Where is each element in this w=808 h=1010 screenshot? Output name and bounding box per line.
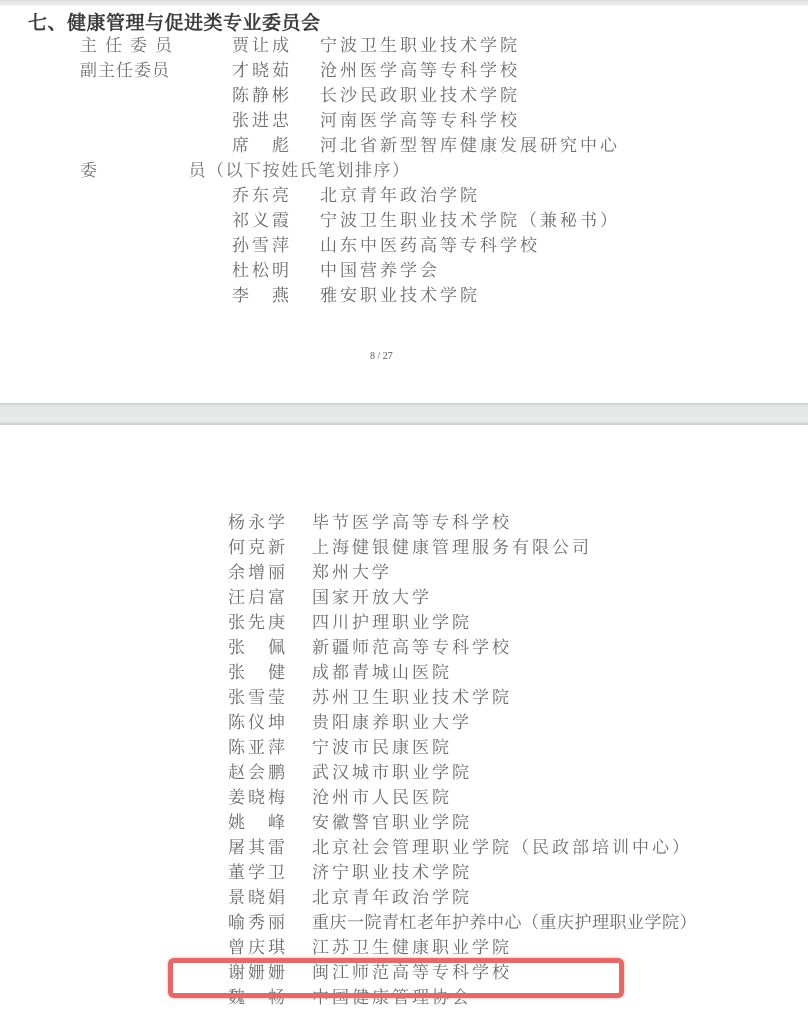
section-title: 七、健康管理与促进类专业委员会 — [28, 8, 321, 35]
member-name: 杨永学 — [228, 511, 298, 536]
member-org: 毕节医学高等专科学校 — [312, 511, 512, 536]
member-org: 北京青年政治学院 — [320, 184, 480, 208]
member-org: 北京社会管理职业学院（民政部培训中心） — [312, 836, 692, 861]
member-org: 上海健银健康管理服务有限公司 — [312, 536, 592, 561]
member-org: 武汉城市职业学院 — [312, 761, 472, 786]
member-name: 张进忠 — [232, 109, 302, 133]
member-org: 河北省新型智库健康发展研究中心 — [320, 134, 620, 158]
member-org: 沧州医学高等专科学校 — [320, 59, 520, 83]
member-name: 喻秀丽 — [228, 911, 298, 936]
member-org: 山东中医药高等专科学校 — [320, 234, 540, 258]
member-name: 张先庚 — [228, 611, 298, 636]
member-org: 贵阳康养职业大学 — [312, 711, 472, 736]
page-number: 8 / 27 — [370, 351, 393, 362]
member-name: 景晓娟 — [228, 886, 298, 911]
members-heading: 委员（以下按姓氏笔划排序） — [80, 159, 411, 183]
member-name: 陈仪坤 — [228, 711, 298, 736]
member-org: 宁波市民康医院 — [312, 736, 452, 761]
member-org: 沧州市人民医院 — [312, 786, 452, 811]
member-name: 才晓茹 — [232, 59, 302, 83]
member-name: 董学卫 — [228, 861, 298, 886]
member-name: 何克新 — [228, 536, 298, 561]
member-org: 北京青年政治学院 — [312, 886, 472, 911]
member-name: 赵会鹏 — [228, 761, 298, 786]
highlight-annotation-box — [168, 958, 624, 998]
members-label-note: 员（以下按姓氏笔划排序） — [189, 161, 411, 181]
member-name: 李 燕 — [232, 284, 302, 308]
member-org: 宁波卫生职业技术学院（兼秘书） — [320, 209, 620, 233]
member-name: 陈静彬 — [232, 84, 302, 108]
members-label-char: 委 — [80, 161, 99, 181]
member-org: 济宁职业技术学院 — [312, 861, 472, 886]
member-name: 席 彪 — [232, 134, 302, 158]
member-name: 姜晓梅 — [228, 786, 298, 811]
member-org: 安徽警官职业学院 — [312, 811, 472, 836]
member-name: 张 健 — [228, 661, 298, 686]
member-name: 屠其雷 — [228, 836, 298, 861]
member-name: 余增丽 — [228, 561, 298, 586]
member-org: 四川护理职业学院 — [312, 611, 472, 636]
member-org: 新疆师范高等专科学校 — [312, 636, 512, 661]
member-org: 雅安职业技术学院 — [320, 284, 480, 308]
role-label-chair: 主任委员 — [80, 34, 180, 58]
member-org: 中国营养学会 — [320, 259, 440, 283]
member-org: 郑州大学 — [312, 561, 392, 586]
member-name: 陈亚萍 — [228, 736, 298, 761]
member-org: 重庆一院青杠老年护养中心（重庆护理职业学院） — [312, 911, 697, 936]
member-name: 张雪莹 — [228, 686, 298, 711]
member-org: 苏州卫生职业技术学院 — [312, 686, 512, 711]
member-org: 长沙民政职业技术学院 — [320, 84, 520, 108]
member-org: 国家开放大学 — [312, 586, 432, 611]
member-name: 祁义霞 — [232, 209, 302, 233]
member-name: 孙雪萍 — [232, 234, 302, 258]
page-separator — [0, 403, 808, 425]
member-org: 宁波卫生职业技术学院 — [320, 34, 520, 58]
member-org: 成都青城山医院 — [312, 661, 452, 686]
role-label-vice-chair: 副主任委员 — [80, 59, 170, 83]
member-name: 乔东亮 — [232, 184, 302, 208]
document-page-8: 七、健康管理与促进类专业委员会 主任委员 贾让成 宁波卫生职业技术学院 副主任委… — [0, 6, 808, 403]
member-name: 杜松明 — [232, 259, 302, 283]
member-name: 姚 峰 — [228, 811, 298, 836]
member-org: 河南医学高等专科学校 — [320, 109, 520, 133]
member-name: 张 佩 — [228, 636, 298, 661]
member-name: 汪启富 — [228, 586, 298, 611]
member-name: 贾让成 — [232, 34, 302, 58]
